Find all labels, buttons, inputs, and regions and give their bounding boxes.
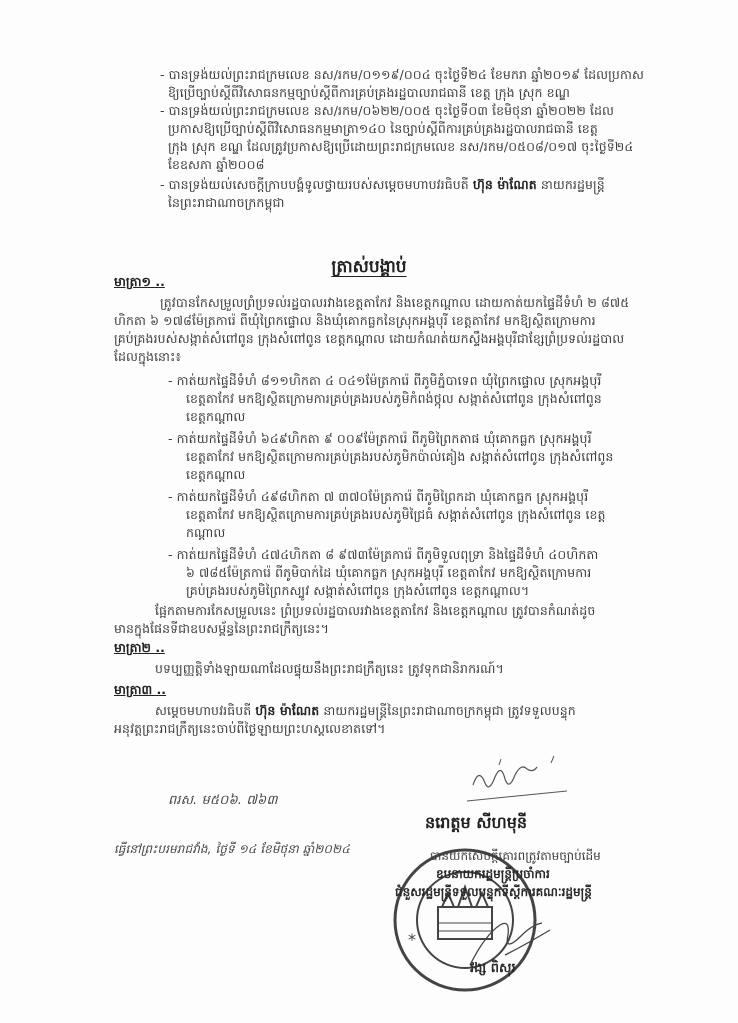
- preamble-line: ប្រកាសឱ្យប្រើច្បាប់ស្ដីពីវិសោធនកម្មមាត្រ…: [168, 120, 598, 138]
- article-body-line: មានក្នុងផែនទីជាឧបសម្ព័ន្ធនៃព្រះរាជក្រឹត្…: [114, 620, 329, 638]
- list-item: ខេត្តតាកែវ មកឱ្យស្ថិតក្រោមការគ្រប់គ្រងរប…: [186, 506, 606, 524]
- list-item: ខេត្តកណ្ដាល: [186, 466, 245, 484]
- article-text: សម្ដេចមហាបវរធិបតី: [155, 703, 251, 718]
- article-1-label: មាត្រា១ ..: [114, 274, 165, 293]
- prime-minister-name: ហ៊ុន ម៉ាណែត: [255, 703, 319, 718]
- article-body-line: គ្រប់គ្រងរបស់សង្កាត់សំពៅពូន ក្រុងសំពៅពូន…: [114, 330, 624, 348]
- document-page: - បានទ្រង់យល់ព្រះរាជក្រមលេខ នស/រកម/០១១៩/…: [0, 0, 738, 1023]
- article-body-line: អនុវត្តព្រះរាជក្រឹត្យនេះចាប់ពីថ្ងៃឡាយព្រ…: [114, 720, 386, 738]
- countersigner-name: វង្ស ពិសុរ: [470, 960, 516, 979]
- article-text: នាយករដ្ឋមន្ត្រីនៃព្រះរាជាណាចក្រកម្ពុជា ត…: [323, 703, 575, 718]
- article-2-label: មាត្រា២ ..: [114, 640, 165, 659]
- preamble-line: ក្រុង ស្រុក ខណ្ឌ ដែលត្រូវប្រកាសឱ្យប្រើដោ…: [168, 138, 633, 156]
- list-item: កណ្ដាល: [186, 524, 225, 542]
- article-body-line: ដែលក្នុងនោះ៖: [114, 348, 181, 366]
- preamble-text: នាយករដ្ឋមន្ត្រី: [541, 177, 605, 192]
- royal-signature-icon: [455, 755, 575, 805]
- countersign-line: ឧបនាយករដ្ឋមន្ត្រីប្រចាំការ: [436, 866, 550, 884]
- preamble-line: - បានទ្រង់យល់សេចក្ដីក្រាបបង្គំទូលថ្វាយរប…: [160, 176, 605, 194]
- list-item: - កាត់យកផ្ទៃដីទំហំ ៤៩៨ហិកតា ៧ ៣៧០ម៉ែត្រក…: [168, 488, 588, 506]
- preamble-text: - បានទ្រង់យល់សេចក្ដីក្រាបបង្គំទូលថ្វាយរប…: [160, 177, 469, 192]
- list-item: ៦ ៧៨៥ម៉ែត្រការ៉េ ពីភូមិបាក់ដៃ ឃុំគោកធ្លក…: [186, 564, 591, 582]
- article-body-line: ផ្អែកតាមការកែសម្រួលនេះ ព្រំប្រទល់រដ្ឋបាល…: [155, 602, 595, 620]
- reference-number: ពរស. ម៥០៦. ៧៦៣: [168, 792, 278, 810]
- article-body-line: សម្ដេចមហាបវរធិបតី ហ៊ុន ម៉ាណែត នាយករដ្ឋមន…: [155, 702, 576, 720]
- preamble-line: ខែឧសភា ឆ្នាំ២០០៨: [168, 156, 265, 174]
- preamble-line: - បានទ្រង់យល់ព្រះរាជក្រមលេខ នស/រកម/០៦២២/…: [160, 102, 614, 120]
- signer-name: នរោត្តម សីហមុនី: [425, 812, 527, 836]
- preamble-line: - បានទ្រង់យល់ព្រះរាជក្រមលេខ នស/រកម/០១១៩/…: [160, 66, 644, 84]
- countersign-line: បានយកសេចក្ដីគោរពត្រូវតាមច្បាប់ដើម: [430, 848, 601, 866]
- list-item: ខេត្តកណ្ដាល: [186, 408, 245, 426]
- countersign-line: ជំនួសរដ្ឋមន្ត្រីទទួលបន្ទុកទីស្ដីការគណៈរដ…: [395, 884, 592, 902]
- article-body-line: ត្រូវបានកែសម្រួលព្រំប្រទល់រដ្ឋបាលរវាងខេត…: [160, 294, 629, 312]
- svg-text:*: *: [408, 930, 416, 949]
- preamble-line: នៃព្រះរាជាណាចក្រកម្ពុជា: [168, 194, 284, 212]
- list-item: - កាត់យកផ្ទៃដីទំហំ ៦៤៩ហិកតា ៩ ០០៩ម៉ែត្រក…: [168, 430, 592, 448]
- list-item: ខេត្តតាកែវ មកឱ្យស្ថិតក្រោមការគ្រប់គ្រងរប…: [186, 390, 602, 408]
- decree-title: ត្រាស់បង្គាប់: [0, 256, 738, 281]
- prime-minister-name: ហ៊ុន ម៉ាណែត: [473, 177, 537, 192]
- article-body-line: បទប្បញ្ញត្តិទាំងឡាយណាដែលផ្ទុយនឹងព្រះរាជក…: [155, 660, 504, 678]
- article-body-line: ហិកតា ៦ ១៧៨ម៉ែត្រការ៉េ ពីឃុំព្រៃកផ្ទោល ន…: [114, 312, 596, 330]
- article-3-label: មាត្រា៣ ..: [114, 682, 166, 701]
- preamble-line: ឱ្យប្រើច្បាប់ស្ដីពីវិសោធនកម្មច្បាប់ស្ដីព…: [168, 84, 570, 102]
- list-item: ខេត្តតាកែវ មកឱ្យស្ថិតក្រោមការគ្រប់គ្រងរប…: [186, 448, 613, 466]
- place-date: ធ្វើនៅព្រះបរមរាជវាំង, ថ្ងៃទី ១៤ ខែមិថុនា…: [114, 840, 350, 858]
- list-item: - កាត់យកផ្ទៃដីទំហំ ៤៧៤ហិកតា ៨ ៩៧៣ម៉ែត្រក…: [168, 546, 598, 564]
- list-item: - កាត់យកផ្ទៃដីទំហំ ៨១១ហិកតា ៤ ០៤១ម៉ែត្រក…: [168, 372, 601, 390]
- list-item: គ្រប់គ្រងរបស់ភូមិព្រៃកស្បូវ សង្កាត់សំពៅព…: [186, 582, 529, 600]
